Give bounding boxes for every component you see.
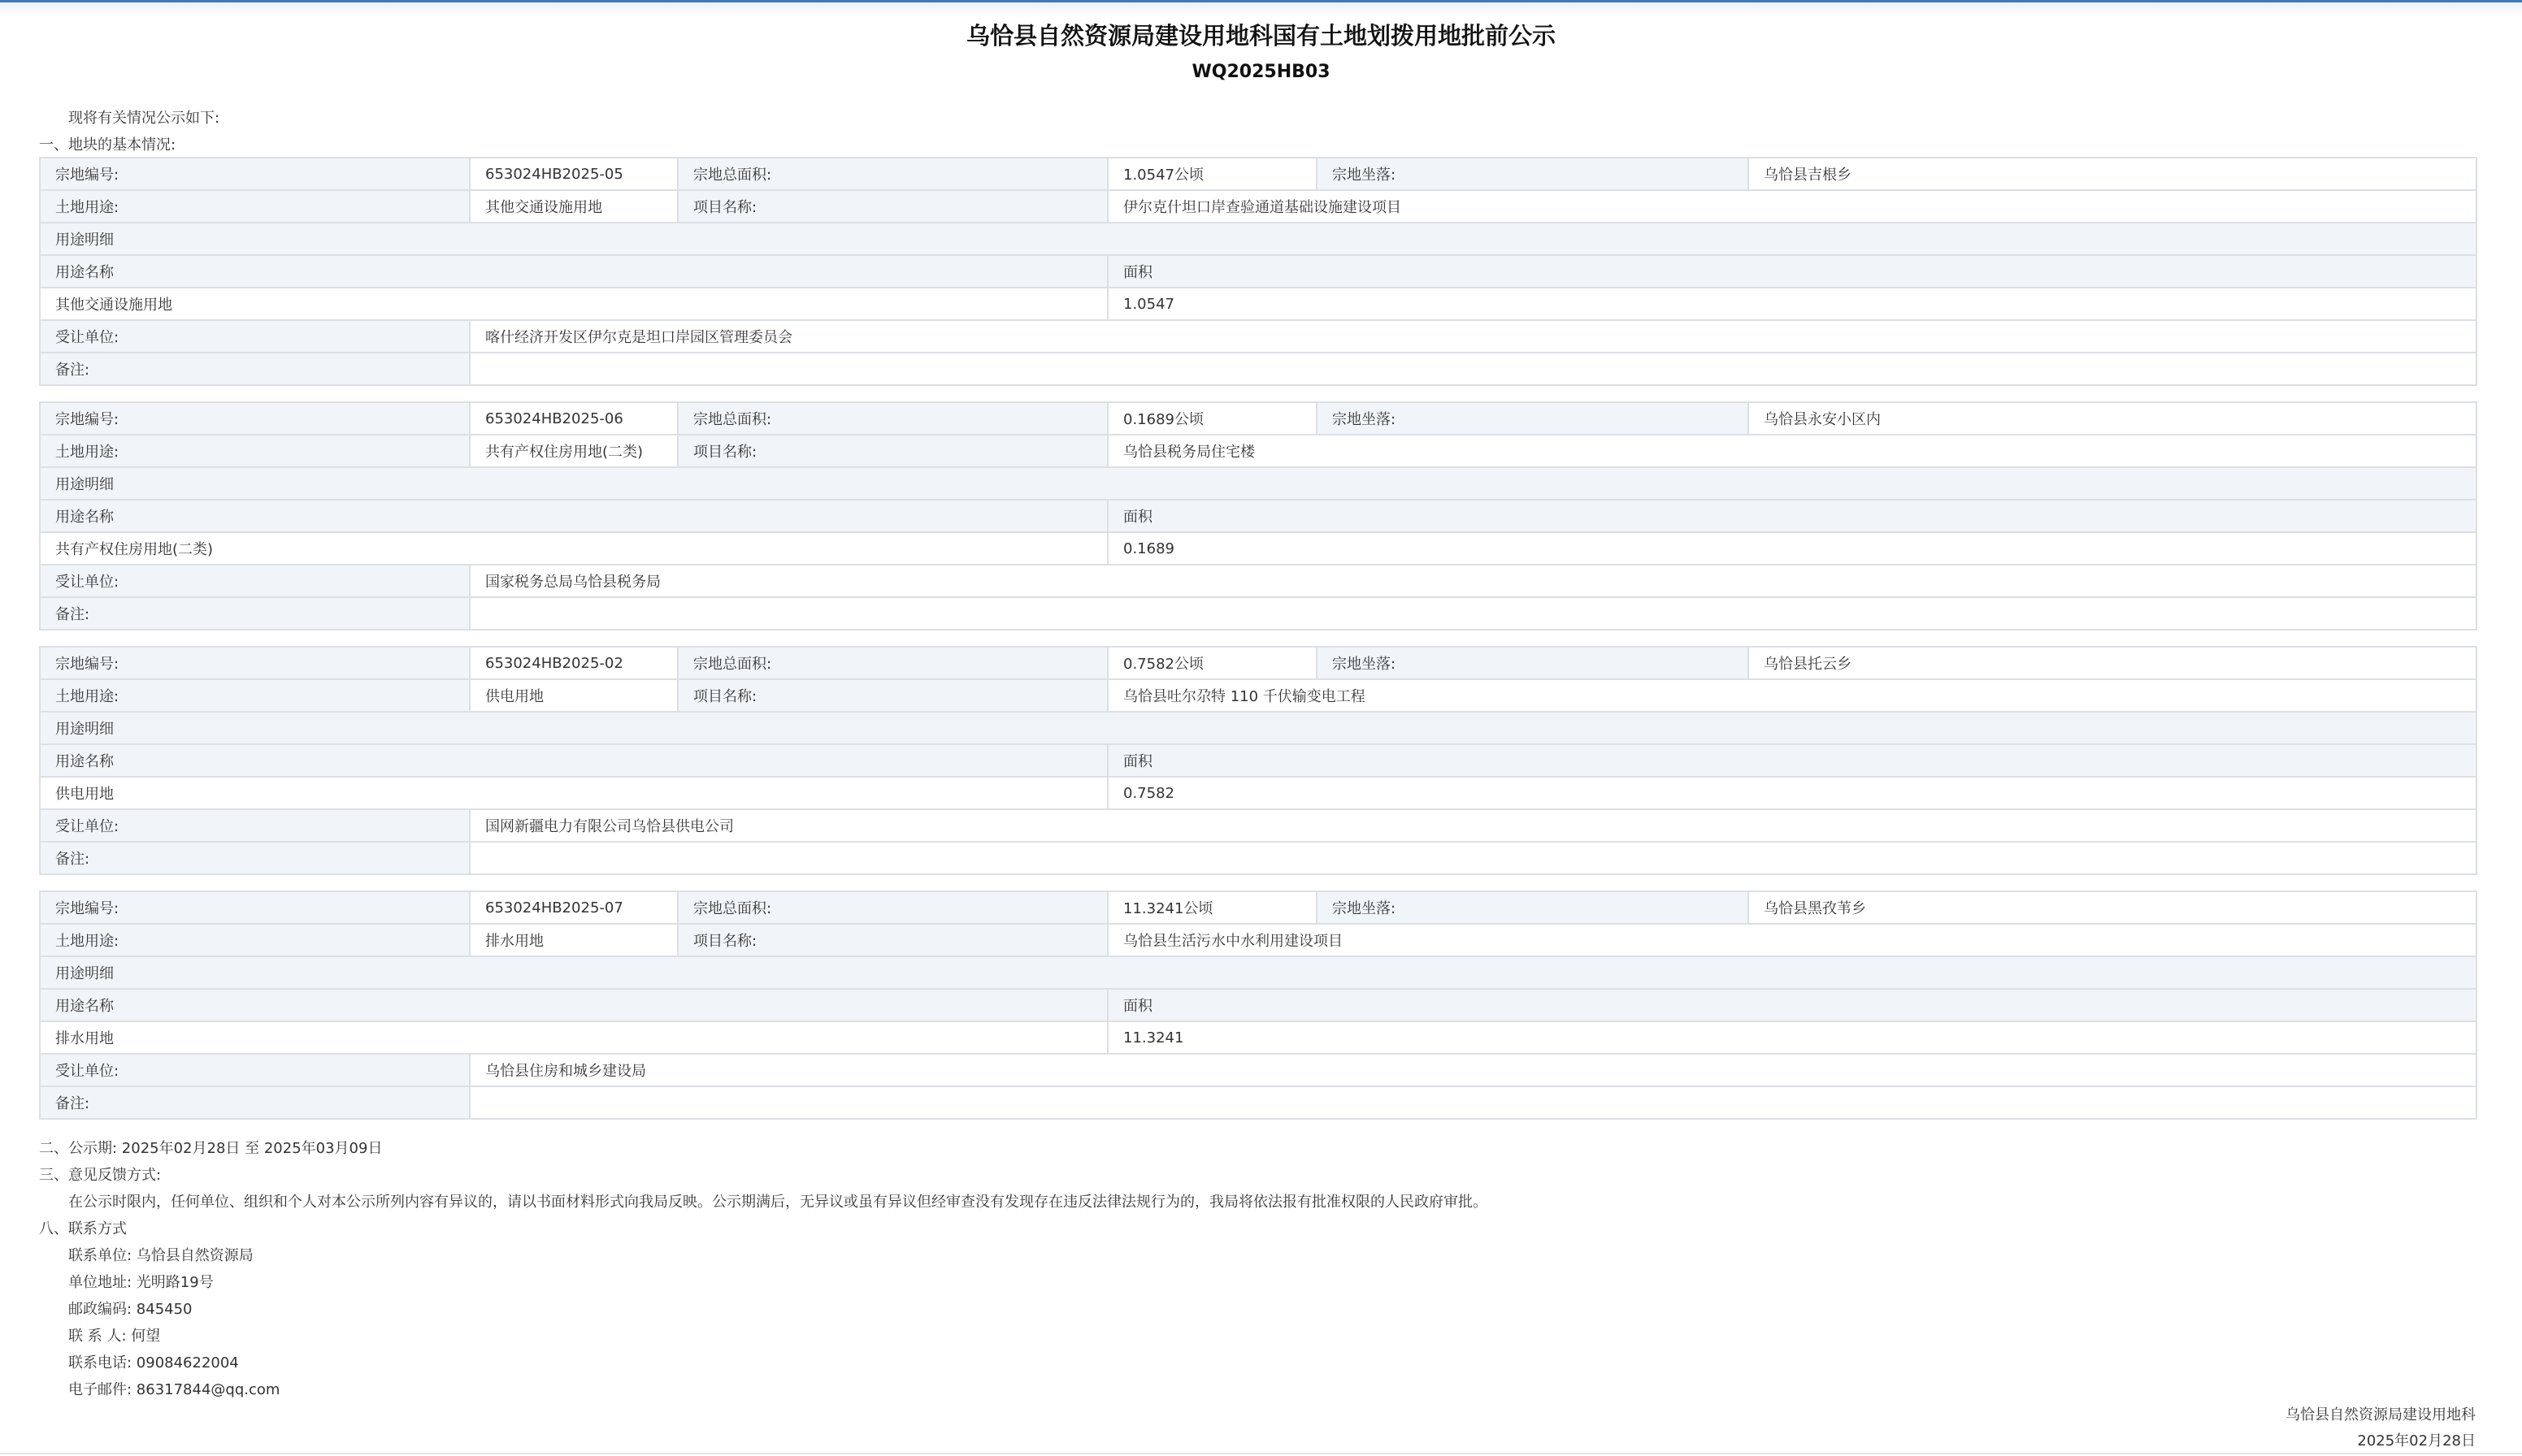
use-detail-header: 用途明细: [40, 956, 2476, 989]
table-row: 供电用地0.7582: [40, 777, 2476, 809]
use-name-value: 其他交通设施用地: [40, 288, 1108, 320]
contact-person: 联 系 人: 何望: [68, 1324, 160, 1345]
table-row: 备注:: [40, 842, 2476, 874]
table-row: 受让单位:乌恰县住房和城乡建设局: [40, 1054, 2476, 1086]
area-value: 11.3241: [1108, 1021, 2476, 1054]
land-use-label: 土地用途:: [40, 435, 470, 467]
remarks-label: 备注:: [40, 597, 470, 630]
table-row: 受让单位:国网新疆电力有限公司乌恰县供电公司: [40, 809, 2476, 842]
table-row: 用途名称面积: [40, 255, 2476, 288]
remarks-value: [470, 842, 2476, 874]
total-area-label: 宗地总面积:: [678, 402, 1108, 435]
intro-text: 现将有关情况公示如下:: [68, 106, 219, 128]
parcel-table: 宗地编号:653024HB2025-07宗地总面积:11.3241公顷宗地坐落:…: [39, 890, 2477, 1120]
parcel-table: 宗地编号:653024HB2025-05宗地总面积:1.0547公顷宗地坐落:乌…: [39, 157, 2477, 386]
grantee-label: 受让单位:: [40, 809, 470, 842]
use-name-header: 用途名称: [40, 989, 1108, 1021]
area-value: 0.1689: [1108, 532, 2476, 565]
parcel-no-value: 653024HB2025-02: [470, 647, 678, 679]
table-row: 宗地编号:653024HB2025-07宗地总面积:11.3241公顷宗地坐落:…: [40, 891, 2476, 924]
land-use-value: 供电用地: [470, 679, 678, 712]
parcel-no-value: 653024HB2025-06: [470, 402, 678, 435]
remarks-label: 备注:: [40, 353, 470, 385]
remarks-value: [470, 1086, 2476, 1119]
table-row: 排水用地11.3241: [40, 1021, 2476, 1054]
land-use-value: 共有产权住房用地(二类): [470, 435, 678, 467]
contact-email[interactable]: 电子邮件: 86317844@qq.com: [68, 1378, 280, 1399]
contact-postcode: 邮政编码: 845450: [68, 1298, 193, 1319]
contact-unit: 联系单位: 乌恰县自然资源局: [68, 1244, 254, 1265]
table-row: 土地用途:供电用地项目名称:乌恰县吐尔尕特 110 千伏输变电工程: [40, 679, 2476, 712]
remarks-value: [470, 353, 2476, 385]
total-area-label: 宗地总面积:: [678, 891, 1108, 924]
area-value: 1.0547: [1108, 288, 2476, 320]
land-use-label: 土地用途:: [40, 190, 470, 223]
remarks-label: 备注:: [40, 1086, 470, 1119]
location-label: 宗地坐落:: [1317, 891, 1748, 924]
project-name-value: 乌恰县吐尔尕特 110 千伏输变电工程: [1108, 679, 2476, 712]
page-title: 乌恰县自然资源局建设用地科国有土地划拨用地批前公示: [0, 18, 2522, 51]
feedback-text: 在公示时限内，任何单位、组织和个人对本公示所列内容有异议的，请以书面材料形式向我…: [68, 1190, 1487, 1211]
area-value: 0.7582: [1108, 777, 2476, 809]
footer-issuer: 乌恰县自然资源局建设用地科: [2285, 1403, 2476, 1424]
parcel-no-label: 宗地编号:: [40, 158, 470, 190]
parcel-table: 宗地编号:653024HB2025-02宗地总面积:0.7582公顷宗地坐落:乌…: [39, 646, 2477, 875]
table-row: 用途名称面积: [40, 500, 2476, 532]
project-name-label: 项目名称:: [678, 435, 1108, 467]
land-use-value: 其他交通设施用地: [470, 190, 678, 223]
location-value: 乌恰县吉根乡: [1748, 158, 2476, 190]
grantee-label: 受让单位:: [40, 1054, 470, 1086]
table-row: 备注:: [40, 1086, 2476, 1119]
table-row: 其他交通设施用地1.0547: [40, 288, 2476, 320]
table-row: 宗地编号:653024HB2025-05宗地总面积:1.0547公顷宗地坐落:乌…: [40, 158, 2476, 190]
use-detail-header: 用途明细: [40, 467, 2476, 500]
table-row: 用途明细: [40, 712, 2476, 744]
total-area-value: 0.1689公顷: [1108, 402, 1317, 435]
project-name-value: 乌恰县税务局住宅楼: [1108, 435, 2476, 467]
grantee-value: 乌恰县住房和城乡建设局: [470, 1054, 2476, 1086]
use-name-value: 供电用地: [40, 777, 1108, 809]
feedback-title: 三、意见反馈方式:: [39, 1163, 161, 1185]
area-header: 面积: [1108, 255, 2476, 288]
contact-address: 单位地址: 光明路19号: [68, 1271, 214, 1292]
table-row: 受让单位:喀什经济开发区伊尔克是坦口岸园区管理委员会: [40, 320, 2476, 353]
grantee-value: 国家税务总局乌恰县税务局: [470, 565, 2476, 597]
land-use-label: 土地用途:: [40, 924, 470, 956]
location-label: 宗地坐落:: [1317, 647, 1748, 679]
location-value: 乌恰县黑孜苇乡: [1748, 891, 2476, 924]
project-name-label: 项目名称:: [678, 924, 1108, 956]
land-use-label: 土地用途:: [40, 679, 470, 712]
table-row: 用途明细: [40, 467, 2476, 500]
total-area-label: 宗地总面积:: [678, 158, 1108, 190]
area-header: 面积: [1108, 500, 2476, 532]
table-row: 受让单位:国家税务总局乌恰县税务局: [40, 565, 2476, 597]
project-name-value: 乌恰县生活污水中水利用建设项目: [1108, 924, 2476, 956]
total-area-value: 1.0547公顷: [1108, 158, 1317, 190]
bottom-divider: [0, 1453, 2522, 1454]
table-row: 备注:: [40, 353, 2476, 385]
table-row: 用途名称面积: [40, 744, 2476, 777]
parcel-no-value: 653024HB2025-07: [470, 891, 678, 924]
parcel-no-value: 653024HB2025-05: [470, 158, 678, 190]
contact-title: 八、联系方式: [39, 1217, 127, 1238]
parcel-no-label: 宗地编号:: [40, 402, 470, 435]
parcel-no-label: 宗地编号:: [40, 647, 470, 679]
table-row: 宗地编号:653024HB2025-06宗地总面积:0.1689公顷宗地坐落:乌…: [40, 402, 2476, 435]
table-row: 土地用途:共有产权住房用地(二类)项目名称:乌恰县税务局住宅楼: [40, 435, 2476, 467]
table-row: 土地用途:排水用地项目名称:乌恰县生活污水中水利用建设项目: [40, 924, 2476, 956]
use-name-header: 用途名称: [40, 744, 1108, 777]
area-header: 面积: [1108, 989, 2476, 1021]
contact-phone: 联系电话: 09084622004: [68, 1351, 239, 1372]
project-name-label: 项目名称:: [678, 679, 1108, 712]
table-row: 用途明细: [40, 223, 2476, 255]
use-name-value: 共有产权住房用地(二类): [40, 532, 1108, 565]
total-area-value: 0.7582公顷: [1108, 647, 1317, 679]
use-name-value: 排水用地: [40, 1021, 1108, 1054]
project-name-label: 项目名称:: [678, 190, 1108, 223]
parcel-no-label: 宗地编号:: [40, 891, 470, 924]
remarks-label: 备注:: [40, 842, 470, 874]
grantee-label: 受让单位:: [40, 320, 470, 353]
table-row: 土地用途:其他交通设施用地项目名称:伊尔克什坦口岸查验通道基础设施建设项目: [40, 190, 2476, 223]
location-value: 乌恰县托云乡: [1748, 647, 2476, 679]
location-label: 宗地坐落:: [1317, 402, 1748, 435]
grantee-value: 喀什经济开发区伊尔克是坦口岸园区管理委员会: [470, 320, 2476, 353]
table-row: 用途明细: [40, 956, 2476, 989]
use-detail-header: 用途明细: [40, 223, 2476, 255]
land-use-value: 排水用地: [470, 924, 678, 956]
total-area-label: 宗地总面积:: [678, 647, 1108, 679]
location-label: 宗地坐落:: [1317, 158, 1748, 190]
table-row: 备注:: [40, 597, 2476, 630]
location-value: 乌恰县永安小区内: [1748, 402, 2476, 435]
use-name-header: 用途名称: [40, 500, 1108, 532]
footer-date: 2025年02月28日: [2357, 1429, 2476, 1450]
area-header: 面积: [1108, 744, 2476, 777]
remarks-value: [470, 597, 2476, 630]
grantee-value: 国网新疆电力有限公司乌恰县供电公司: [470, 809, 2476, 842]
publicity-period: 二、公示期: 2025年02月28日 至 2025年03月09日: [39, 1137, 382, 1158]
use-detail-header: 用途明细: [40, 712, 2476, 744]
use-name-header: 用途名称: [40, 255, 1108, 288]
project-name-value: 伊尔克什坦口岸查验通道基础设施建设项目: [1108, 190, 2476, 223]
document-code: WQ2025HB03: [0, 62, 2522, 82]
grantee-label: 受让单位:: [40, 565, 470, 597]
table-row: 用途名称面积: [40, 989, 2476, 1021]
section-1-title: 一、地块的基本情况:: [39, 133, 176, 154]
parcel-table: 宗地编号:653024HB2025-06宗地总面积:0.1689公顷宗地坐落:乌…: [39, 401, 2477, 630]
table-row: 宗地编号:653024HB2025-02宗地总面积:0.7582公顷宗地坐落:乌…: [40, 647, 2476, 679]
top-shade: [0, 2, 2522, 17]
total-area-value: 11.3241公顷: [1108, 891, 1317, 924]
table-row: 共有产权住房用地(二类)0.1689: [40, 532, 2476, 565]
